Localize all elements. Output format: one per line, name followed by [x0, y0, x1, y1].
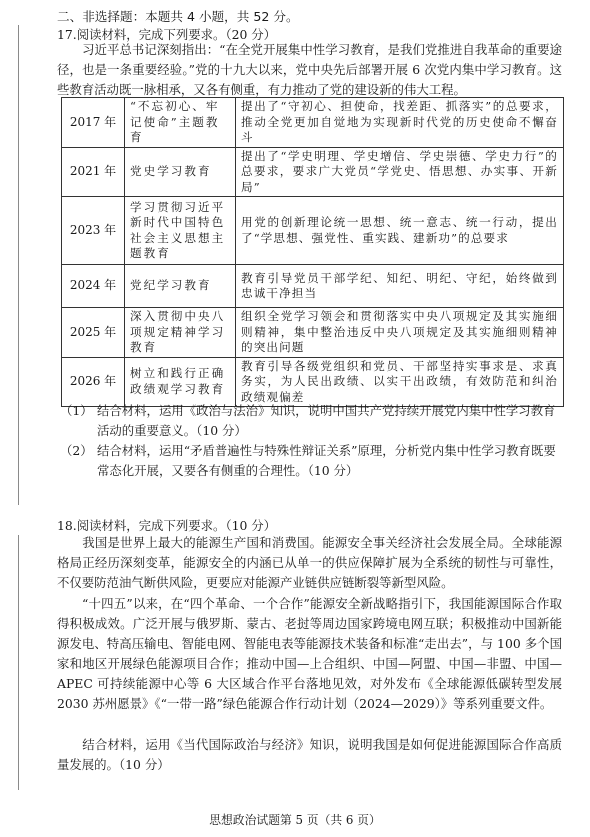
question-18-title: 18.阅读材料，完成下列要求。（10 分）	[57, 516, 276, 534]
part-text: 结合材料，运用《政治与法治》知识，说明中国共产党持续开展党内集中性学习教育活动的…	[97, 401, 560, 441]
question-18-prompt: 结合材料，运用《当代国际政治与经济》知识，说明我国是如何促进能源国际合作高质量发…	[57, 735, 562, 775]
section-heading: 二、非选择题：本题共 4 小题，共 52 分。	[57, 6, 299, 25]
question-17-part-2: （2） 结合材料，运用“矛盾普遍性与特殊性辩证关系”原理，分析党内集中性学习教育…	[60, 441, 560, 481]
table-row: 2023 年 学习贯彻习近平新时代中国特色社会主义思想主题教育 用党的创新理论统…	[62, 197, 564, 265]
table-cell-name: “不忘初心、牢记使命”主题教育	[125, 98, 236, 148]
table-cell-year: 2017 年	[62, 98, 125, 148]
table-cell-year: 2026 年	[62, 357, 125, 407]
table-cell-year: 2023 年	[62, 197, 125, 265]
question-18-paragraph-1: 我国是世界上最大的能源生产国和消费国。能源安全事关经济社会发展全局。全球能源格局…	[57, 533, 562, 593]
part-number: （1）	[60, 401, 93, 421]
table-cell-name: 党史学习教育	[125, 147, 236, 197]
table-cell-name: 党纪学习教育	[125, 265, 236, 308]
part-text: 结合材料，运用“矛盾普遍性与特殊性辩证关系”原理，分析党内集中性学习教育既要常态…	[97, 441, 560, 481]
page-footer: 思想政治试题第 5 页（共 6 页）	[0, 811, 590, 828]
question-17-intro-text: 习近平总书记深刻指出：“在全党开展集中性学习教育，是我们党推进自我革命的重要途径…	[57, 42, 562, 97]
table-cell-desc: 教育引导各级党组织和党员、干部坚持实事求是、求真务实，为人民出政绩、以实干出政绩…	[236, 357, 564, 407]
table-cell-name: 学习贯彻习近平新时代中国特色社会主义思想主题教育	[125, 197, 236, 265]
table-cell-desc: 用党的创新理论统一思想、统一意志、统一行动，提出了“学思想、强党性、重实践、建新…	[236, 197, 564, 265]
paragraph-text: 我国是世界上最大的能源生产国和消费国。能源安全事关经济社会发展全局。全球能源格局…	[57, 535, 562, 590]
question-17-part-1: （1） 结合材料，运用《政治与法治》知识，说明中国共产党持续开展党内集中性学习教…	[60, 401, 560, 441]
question-17-intro: 习近平总书记深刻指出：“在全党开展集中性学习教育，是我们党推进自我革命的重要途径…	[57, 40, 562, 100]
table-cell-desc: 提出了“学史明理、学史增信、学史崇德、学史力行”的总要求，要求广大党员“学党史、…	[236, 147, 564, 197]
education-campaigns-table: 2017 年 “不忘初心、牢记使命”主题教育 提出了“守初心、担使命，找差距、抓…	[61, 97, 564, 407]
table-cell-desc: 教育引导党员干部学纪、知纪、明纪、守纪，始终做到忠诚干净担当	[236, 265, 564, 308]
table-row: 2025 年 深入贯彻中央八项规定精神学习教育 组织全党学习领会和贯彻落实中央八…	[62, 308, 564, 358]
table-cell-year: 2025 年	[62, 308, 125, 358]
table-cell-year: 2021 年	[62, 147, 125, 197]
binding-margin-line	[18, 25, 19, 505]
table-cell-desc: 提出了“守初心、担使命，找差距、抓落实”的总要求，推动全党更加自觉地为实现新时代…	[236, 98, 564, 148]
binding-margin-line	[18, 535, 19, 790]
table-row: 2026 年 树立和践行正确政绩观学习教育 教育引导各级党组织和党员、干部坚持实…	[62, 357, 564, 407]
table-cell-desc: 组织全党学习领会和贯彻落实中央八项规定及其实施细则精神，集中整治违反中央八项规定…	[236, 308, 564, 358]
table-cell-year: 2024 年	[62, 265, 125, 308]
part-number: （2）	[60, 441, 93, 461]
table-cell-name: 树立和践行正确政绩观学习教育	[125, 357, 236, 407]
table-row: 2017 年 “不忘初心、牢记使命”主题教育 提出了“守初心、担使命，找差距、抓…	[62, 98, 564, 148]
prompt-text: 结合材料，运用《当代国际政治与经济》知识，说明我国是如何促进能源国际合作高质量发…	[57, 737, 562, 772]
paragraph-text: “十四五”以来，在“四个革命、一个合作”能源安全新战略指引下，我国能源国际合作取…	[57, 596, 562, 711]
question-18-paragraph-2: “十四五”以来，在“四个革命、一个合作”能源安全新战略指引下，我国能源国际合作取…	[57, 594, 562, 714]
table-row: 2024 年 党纪学习教育 教育引导党员干部学纪、知纪、明纪、守纪，始终做到忠诚…	[62, 265, 564, 308]
table-cell-name: 深入贯彻中央八项规定精神学习教育	[125, 308, 236, 358]
table-row: 2021 年 党史学习教育 提出了“学史明理、学史增信、学史崇德、学史力行”的总…	[62, 147, 564, 197]
